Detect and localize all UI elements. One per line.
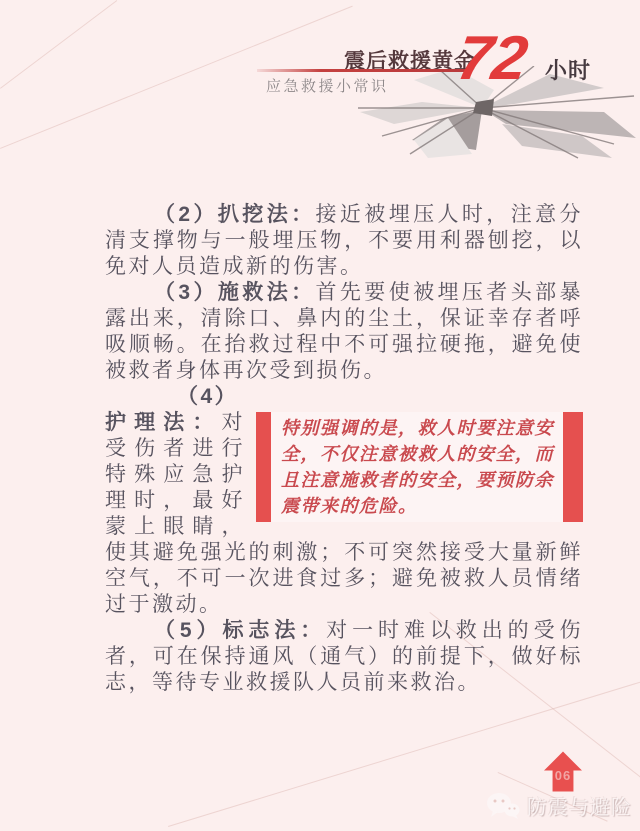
paragraph-label: （4）	[177, 385, 238, 408]
page-number: 06	[544, 768, 582, 783]
method-name: 护理法：	[105, 411, 222, 434]
wechat-logo-icon	[486, 792, 520, 820]
paragraph-method-4: （4） 特别强调的是，救人时要注意安全，不仅注意被救人的安全，而且注意施救者的安…	[105, 384, 583, 618]
paragraph-label: （2）	[154, 203, 218, 226]
highlight-text: 特别强调的是，救人时要注意安全，不仅注意被救人的安全，而且注意施救者的安全，要预…	[281, 418, 554, 516]
method-name: 扒挖法：	[218, 203, 316, 226]
method-name: 施救法：	[218, 281, 316, 304]
title-suffix: 小时	[545, 54, 591, 85]
page-subtitle: 应急救援小常识	[266, 75, 389, 96]
safety-highlight-callout: 特别强调的是，救人时要注意安全，不仅注意被救人的安全，而且注意施救者的安全，要预…	[256, 412, 583, 522]
paragraph-method-5: （5）标志法：对一时难以救出的受伤者，可在保持通风（通气）的前提下，做好标志，等…	[105, 618, 583, 696]
leaflet-page: 震后救援黄金 72 小时 应急救援小常识 （2）扒挖法：接近被埋压人时，注意分清…	[0, 0, 640, 831]
watermark-text: 防震与避险	[527, 791, 632, 820]
title-number-72: 72	[454, 28, 532, 90]
paragraph-method-3: （3）施救法：首先要使被埋压者头部暴露出来，清除口、鼻内的尘土，保证幸存者呼吸顺…	[105, 280, 583, 384]
title-underline	[257, 69, 470, 72]
method-name: 标志法：	[222, 619, 326, 642]
article-body: （2）扒挖法：接近被埋压人时，注意分清支撑物与一般埋压物，不要用利器刨挖，以免对…	[105, 202, 583, 696]
watermark: 防震与避险	[0, 791, 632, 820]
paragraph-method-2: （2）扒挖法：接近被埋压人时，注意分清支撑物与一般埋压物，不要用利器刨挖，以免对…	[105, 202, 583, 280]
background-crack-line	[0, 0, 117, 89]
page-number-marker: 06	[544, 751, 582, 792]
paragraph-label: （5）	[154, 619, 222, 642]
paragraph-label: （3）	[154, 281, 218, 304]
